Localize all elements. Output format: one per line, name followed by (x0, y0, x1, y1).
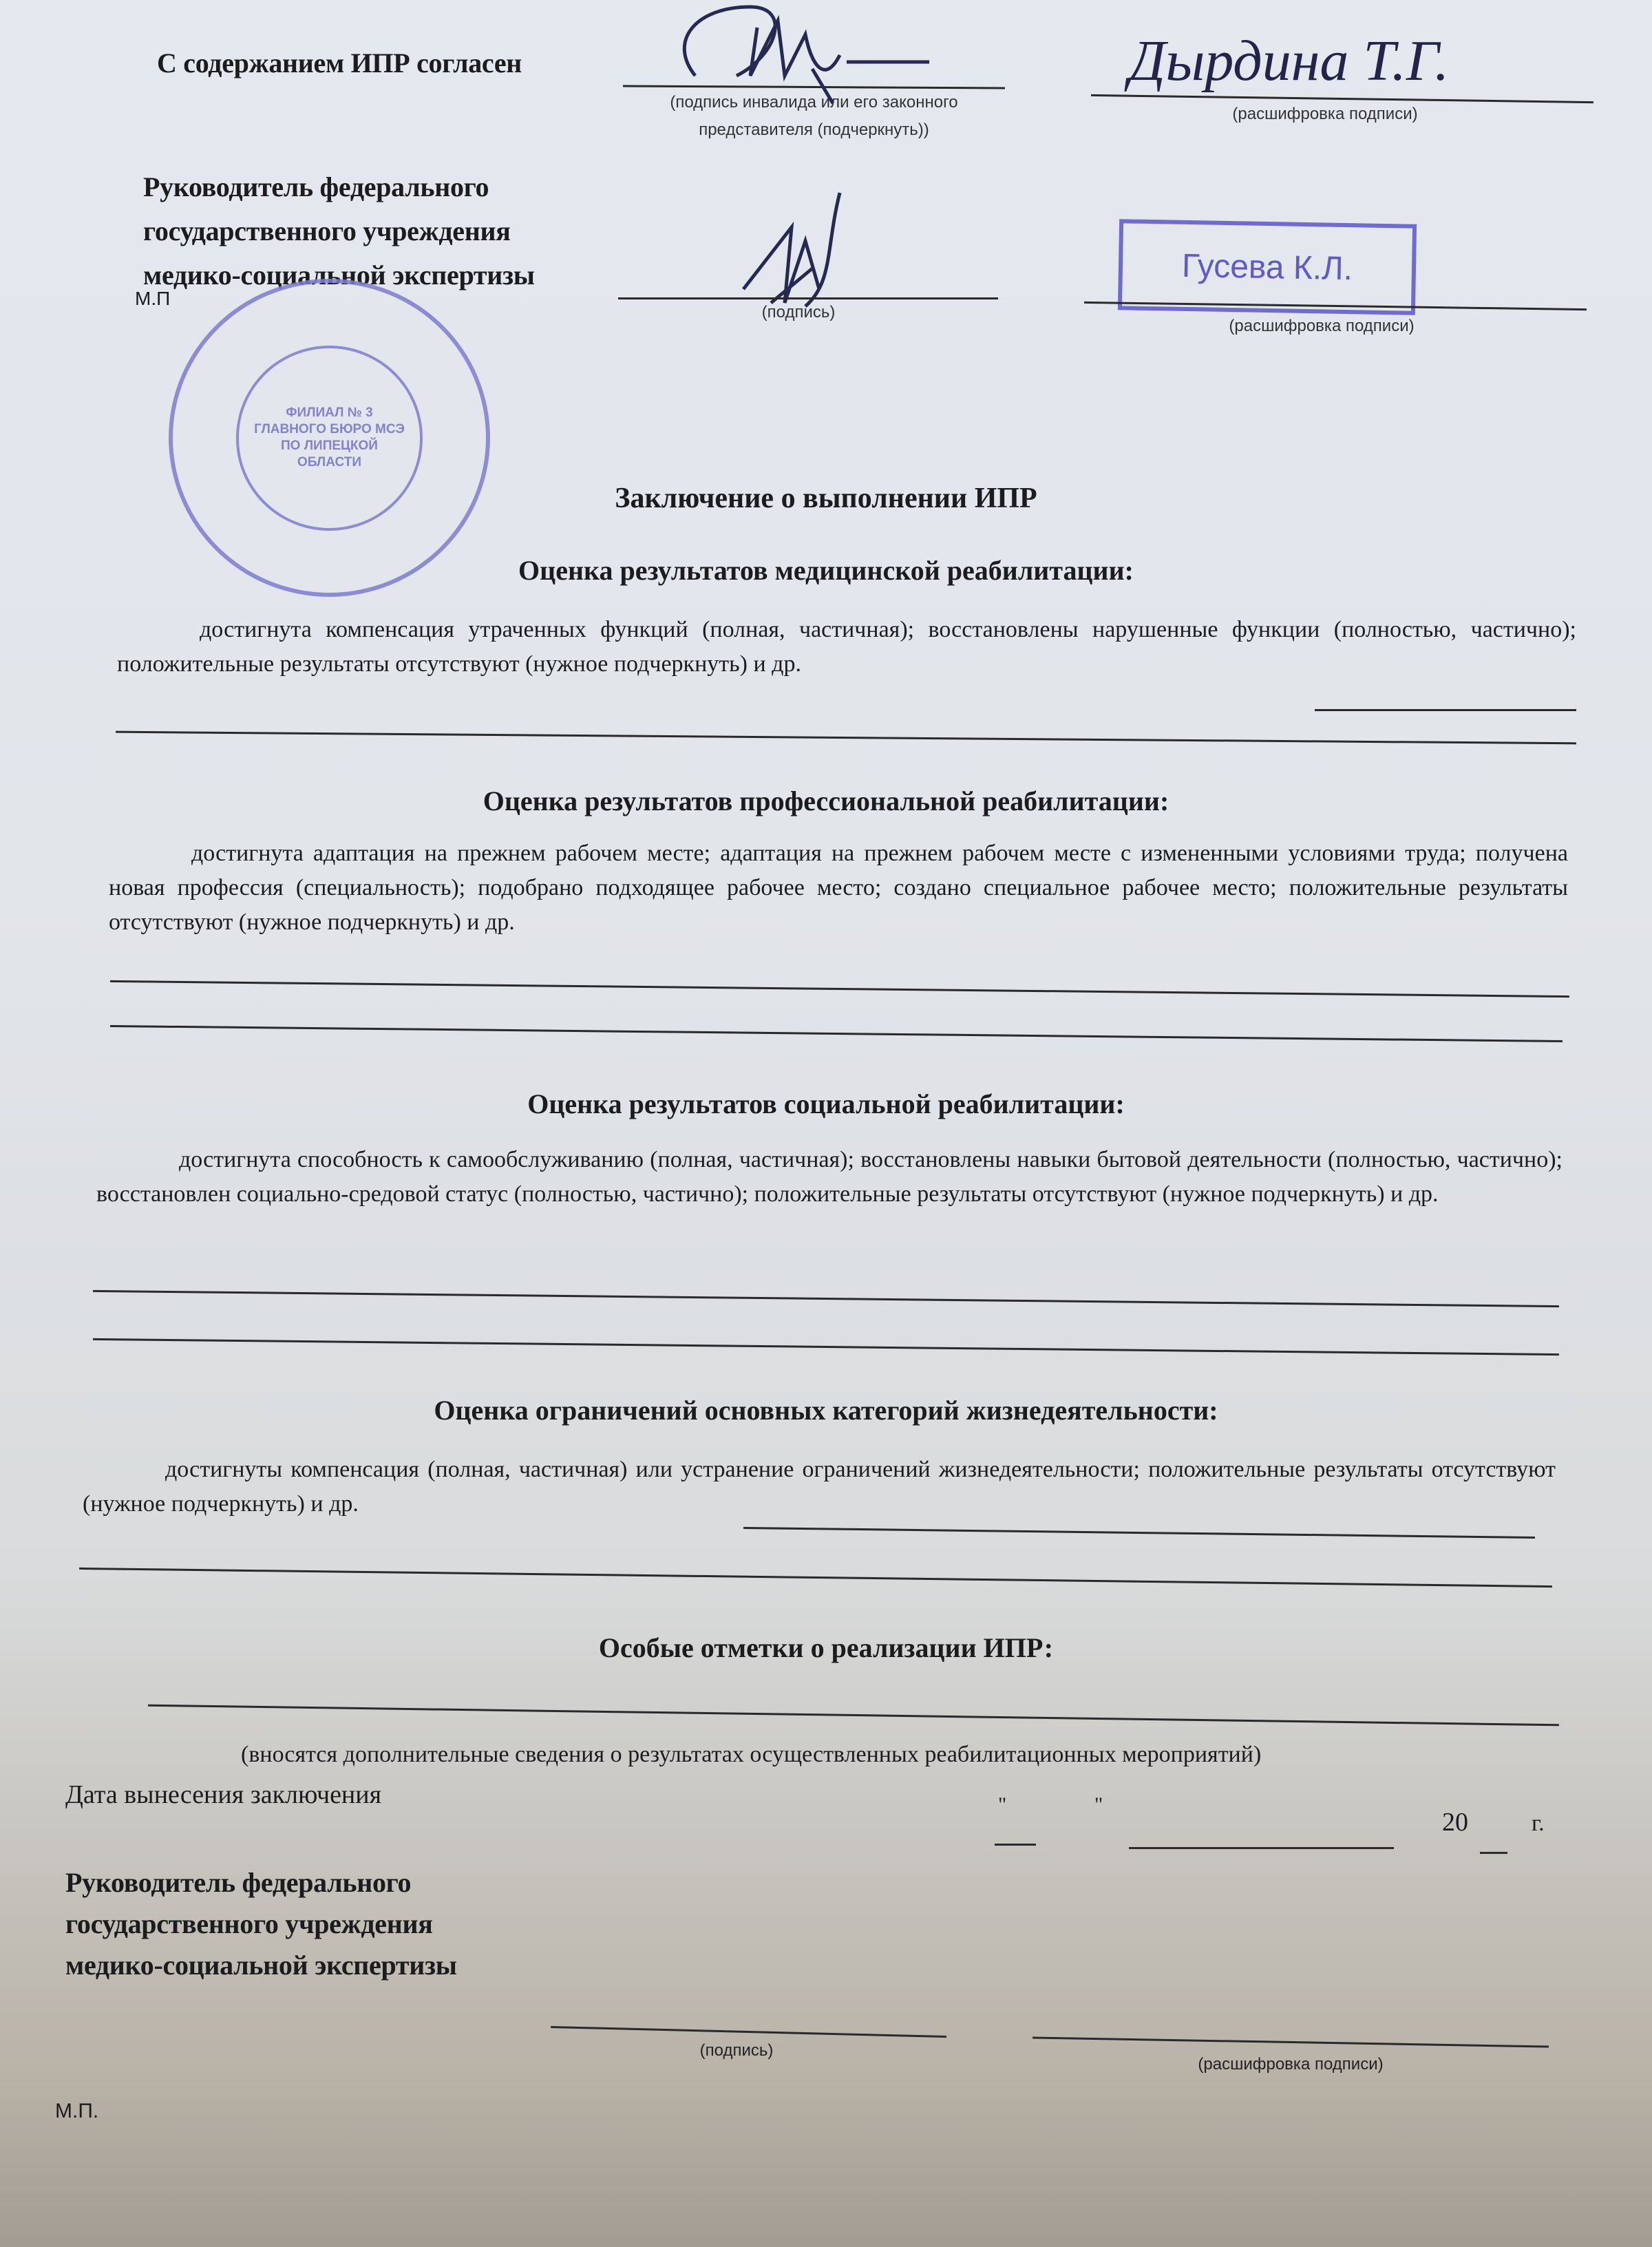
date-quote-open: " (998, 1793, 1006, 1817)
patient-signature-caption-2: представителя (подчеркнуть)) (623, 120, 1005, 140)
head-bottom-signature-line[interactable] (551, 2026, 946, 2038)
head-top-name-caption: (расшифровка подписи) (1184, 317, 1459, 336)
date-year-field[interactable] (1480, 1852, 1507, 1854)
head-top-signature-line (618, 297, 998, 299)
head-bottom-seal-place: М.П. (55, 2100, 98, 2123)
section-social-text: достигнута способность к самообслуживани… (96, 1143, 1563, 1212)
section-life-activity-text: достигнуты компенсация (полная, частична… (83, 1453, 1556, 1521)
special-notes-caption: (вносятся дополнительные сведения о резу… (241, 1742, 1261, 1768)
section-social-heading: Оценка результатов социальной реабилитац… (275, 1088, 1377, 1120)
section-medical-fill-line-2 (116, 731, 1576, 745)
conclusion-title: Заключение о выполнении ИПР (0, 482, 1652, 515)
date-year-suffix: г. (1532, 1811, 1545, 1837)
head-signature (716, 186, 922, 310)
section-medical-heading: Оценка результатов медицинской реабилита… (275, 554, 1377, 587)
section-life-activity-fill-line-2 (79, 1568, 1552, 1587)
head-top-title: Руководитель федерального государственно… (143, 165, 535, 297)
section-medical-text: достигнута компенсация утраченных функци… (117, 613, 1576, 682)
seal-place-label: М.П (135, 288, 170, 310)
patient-name-caption: (расшифровка подписи) (1170, 105, 1480, 124)
date-quote-close: " (1094, 1793, 1103, 1817)
round-seal: ФИЛИАЛ № 3 ГЛАВНОГО БЮРО МСЭ ПО ЛИПЕЦКОЙ… (169, 279, 490, 597)
date-month-field[interactable] (1129, 1847, 1394, 1849)
head-top-signature-caption: (подпись) (730, 303, 867, 322)
section-social-fill-line-2 (93, 1338, 1559, 1355)
head-bottom-title: Руководитель федерального государственно… (65, 1862, 457, 1986)
patient-signature-caption-1: (подпись инвалида или его законного (623, 93, 1005, 112)
head-bottom-signature-caption: (подпись) (668, 2041, 805, 2060)
date-year-prefix: 20 (1442, 1807, 1468, 1837)
conclusion-date-label: Дата вынесения заключения (65, 1780, 381, 1810)
head-bottom-name-caption: (расшифровка подписи) (1136, 2055, 1445, 2074)
agreement-label: С содержанием ИПР согласен (157, 41, 522, 85)
document-page: С содержанием ИПР согласен (подпись инва… (0, 0, 1652, 2247)
head-bottom-name-line[interactable] (1032, 2036, 1549, 2047)
section-social-fill-line-1 (93, 1290, 1559, 1307)
section-professional-fill-line-2 (110, 1025, 1563, 1042)
section-life-activity-heading: Оценка ограничений основных категорий жи… (275, 1394, 1377, 1426)
patient-name-line (1091, 94, 1593, 103)
section-life-activity-fill-line-1 (743, 1527, 1535, 1539)
date-day-field[interactable] (995, 1844, 1036, 1846)
section-professional-text: достигнута адаптация на прежнем рабочем … (109, 836, 1568, 940)
patient-handwritten-name: Дырдина Т.Г. (1129, 28, 1449, 94)
section-professional-heading: Оценка результатов профессиональной реаб… (275, 785, 1377, 817)
name-stamp: Гусева К.Л. (1118, 219, 1417, 315)
section-professional-fill-line-1 (110, 980, 1569, 998)
section-medical-fill-line-1 (1315, 709, 1576, 711)
special-notes-fill-line (148, 1705, 1559, 1727)
special-notes-heading: Особые отметки о реализации ИПР: (275, 1632, 1377, 1664)
